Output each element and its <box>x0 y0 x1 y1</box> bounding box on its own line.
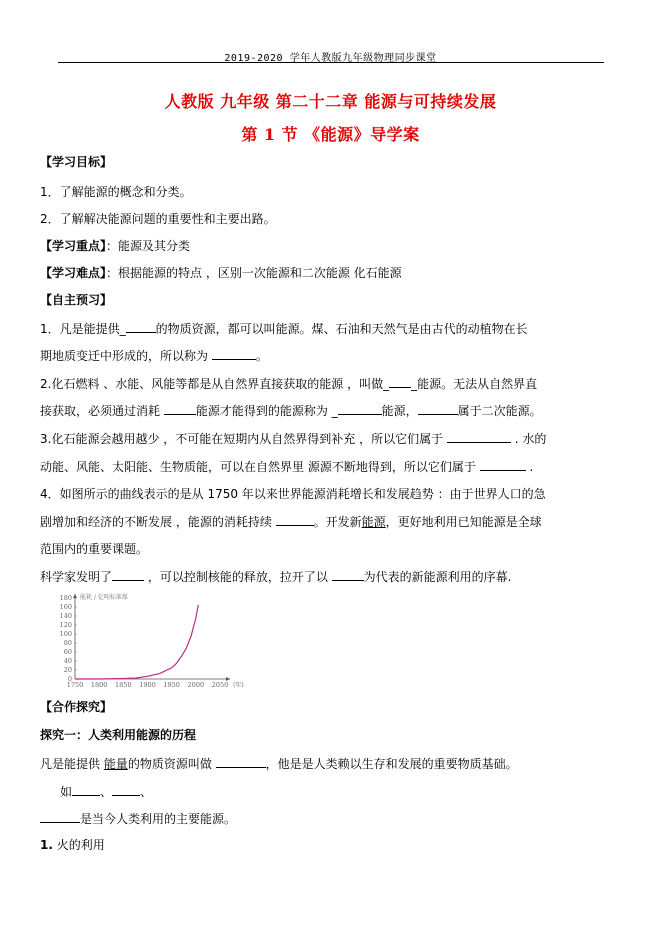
svg-text:120: 120 <box>60 621 72 629</box>
text: 凡是能提供 <box>40 757 104 771</box>
text: ，可以控制核能的释放，拉开了以 <box>144 570 332 584</box>
fill-blank[interactable] <box>216 755 266 768</box>
text: 属于二次能源。 <box>458 404 542 418</box>
fill-blank[interactable] <box>338 402 382 415</box>
fill-blank[interactable] <box>112 783 140 796</box>
text: . <box>526 460 534 474</box>
svg-text:140: 140 <box>60 612 72 620</box>
difficulties-text: 根据能源的特点 ，区别一次能源和二次能源 化石能源 <box>118 266 402 280</box>
key-points-text: 能源及其分类 <box>118 239 190 253</box>
svg-text:能耗 / 亿吨标准煤: 能耗 / 亿吨标准煤 <box>80 593 128 601</box>
question-2-line1: 2.化石燃料 、水能、风能等都是从自然界直接获取的能源 ，叫做__能源。无法从自… <box>40 375 537 392</box>
svg-text:60: 60 <box>64 648 72 656</box>
section-heading-cooperation: 【合作探究】 <box>40 699 112 715</box>
difficulties: 【学习难点】：根据能源的特点 ，区别一次能源和二次能源 化石能源 <box>40 265 402 281</box>
text: 接获取，必须通过消耗 <box>40 404 164 418</box>
fill-blank[interactable] <box>164 402 196 415</box>
text: 。开发新 <box>314 515 362 529</box>
fill-blank[interactable] <box>447 430 511 443</box>
section-heading-difficulties: 【学习难点】 <box>40 266 106 280</box>
text: 。 <box>256 349 268 363</box>
svg-text:20: 20 <box>64 666 72 674</box>
text: 、 <box>100 785 112 799</box>
text: _能源。无法从自然界直 <box>411 377 537 391</box>
svg-text:1950: 1950 <box>163 681 180 688</box>
question-1-line1: 1．凡是能提供_的物质资源，都可以叫能源。煤、石油和天然气是由古代的动植物在长 <box>40 320 528 337</box>
section-heading-preview: 【自主预习】 <box>40 292 112 308</box>
fill-blank[interactable] <box>480 458 526 471</box>
separator: ： <box>106 266 118 280</box>
question-4-line3: 范围内的重要课题。 <box>40 541 148 557</box>
explore-1-para: 凡是能提供 能量的物质资源叫做 ，他是是人类赖以生存和发展的重要物质基础。 <box>40 755 518 772</box>
text: . 水的 <box>511 432 546 446</box>
main-energy-line: 是当今人类利用的主要能源。 <box>40 810 236 827</box>
svg-text:1750: 1750 <box>67 681 84 688</box>
question-5: 科学家发明了 ，可以控制核能的释放，拉开了以 为代表的新能源利用的序幕. <box>40 568 511 585</box>
text: 的物质资源叫做 <box>128 757 216 771</box>
fill-blank[interactable] <box>126 320 156 333</box>
fill-blank[interactable] <box>332 568 364 581</box>
fill-blank[interactable] <box>418 402 458 415</box>
text: 是当今人类利用的主要能源。 <box>80 812 236 826</box>
question-3-line2: 动能、风能、太阳能、生物质能，可以在自然界里 源源不断地得到，所以它们属于 . <box>40 458 533 475</box>
text: 3.化石能源会越用越少 ，不可能在短期内从自然界得到补充 ，所以它们属于 <box>40 432 447 446</box>
examples-line: 如、、 <box>60 783 152 800</box>
text: 期地质变迁中形成的，所以称为 <box>40 349 212 363</box>
text: ，他是是人类赖以生存和发展的重要物质基础。 <box>266 757 518 771</box>
text: 为代表的新能源利用的序幕. <box>364 570 512 584</box>
question-4-line2: 剧增加和经济的不断发展 ，能源的消耗持续 。开发新能源，更好地利用已知能源是全球 <box>40 513 542 530</box>
svg-text:180: 180 <box>60 594 72 602</box>
text: 、 <box>140 785 152 799</box>
question-1-line2: 期地质变迁中形成的，所以称为 。 <box>40 347 268 364</box>
question-2-line2: 接获取，必须通过消耗 能源才能得到的能源称为 _能源，属于二次能源。 <box>40 402 542 419</box>
svg-text:2000: 2000 <box>188 681 205 688</box>
header-divider <box>58 62 604 63</box>
text: 2.化石燃料 、水能、风能等都是从自然界直接获取的能源 ，叫做_ <box>40 377 389 391</box>
objective-item: 2．了解解决能源问题的重要性和主要出路。 <box>40 211 276 227</box>
fill-blank[interactable] <box>40 810 80 823</box>
question-4-line1: 4．如图所示的曲线表示的是从 1750 年以来世界能源消耗增长和发展趋势 ：由于… <box>40 486 546 502</box>
fire-usage-item: 1. 火的利用 <box>40 837 105 853</box>
text: 火的利用 <box>53 838 105 852</box>
explore-1-title: 探究一：人类利用能源的历程 <box>40 727 196 743</box>
text: 1．凡是能提供_ <box>40 322 126 336</box>
fill-blank[interactable] <box>389 375 411 388</box>
text: 科学家发明了 <box>40 570 112 584</box>
svg-text:2050: 2050 <box>212 681 229 688</box>
energy-consumption-chart: 0204060801001201401601801750180018501900… <box>55 588 245 688</box>
text: 能源， <box>382 404 418 418</box>
svg-text:160: 160 <box>60 603 72 611</box>
text: 如 <box>60 785 72 799</box>
text: ，更好地利用已知能源是全球 <box>386 515 542 529</box>
question-3-line1: 3.化石能源会越用越少 ，不可能在短期内从自然界得到补充 ，所以它们属于 . 水… <box>40 430 546 447</box>
svg-text:40: 40 <box>64 657 72 665</box>
item-number: 1. <box>40 838 53 852</box>
svg-text:100: 100 <box>60 630 72 638</box>
underlined-text: 能源 <box>362 515 386 529</box>
objective-item: 1．了解能源的概念和分类。 <box>40 184 192 200</box>
section-heading-objectives: 【学习目标】 <box>40 154 112 170</box>
svg-text:80: 80 <box>64 639 72 647</box>
document-title: 人教版 九年级 第二十二章 能源与可持续发展 <box>0 89 661 112</box>
fill-blank[interactable] <box>212 347 256 360</box>
text: 的物质资源，都可以叫能源。煤、石油和天然气是由古代的动植物在长 <box>156 322 528 336</box>
svg-text:(年): (年) <box>233 681 244 688</box>
text: 能源才能得到的能源称为 _ <box>196 404 338 418</box>
fill-blank[interactable] <box>276 513 314 526</box>
svg-text:1800: 1800 <box>91 681 108 688</box>
underlined-text: 能量 <box>104 757 128 771</box>
fill-blank[interactable] <box>112 568 144 581</box>
section-heading-key-points: 【学习重点】 <box>40 239 106 253</box>
svg-text:1850: 1850 <box>115 681 132 688</box>
document-subtitle: 第 1 节 《能源》导学案 <box>0 122 661 145</box>
key-points: 【学习重点】：能源及其分类 <box>40 238 190 254</box>
separator: ： <box>106 239 118 253</box>
text: 剧增加和经济的不断发展 ，能源的消耗持续 <box>40 515 276 529</box>
text: 动能、风能、太阳能、生物质能，可以在自然界里 源源不断地得到，所以它们属于 <box>40 460 480 474</box>
fill-blank[interactable] <box>72 783 100 796</box>
svg-text:1900: 1900 <box>139 681 156 688</box>
